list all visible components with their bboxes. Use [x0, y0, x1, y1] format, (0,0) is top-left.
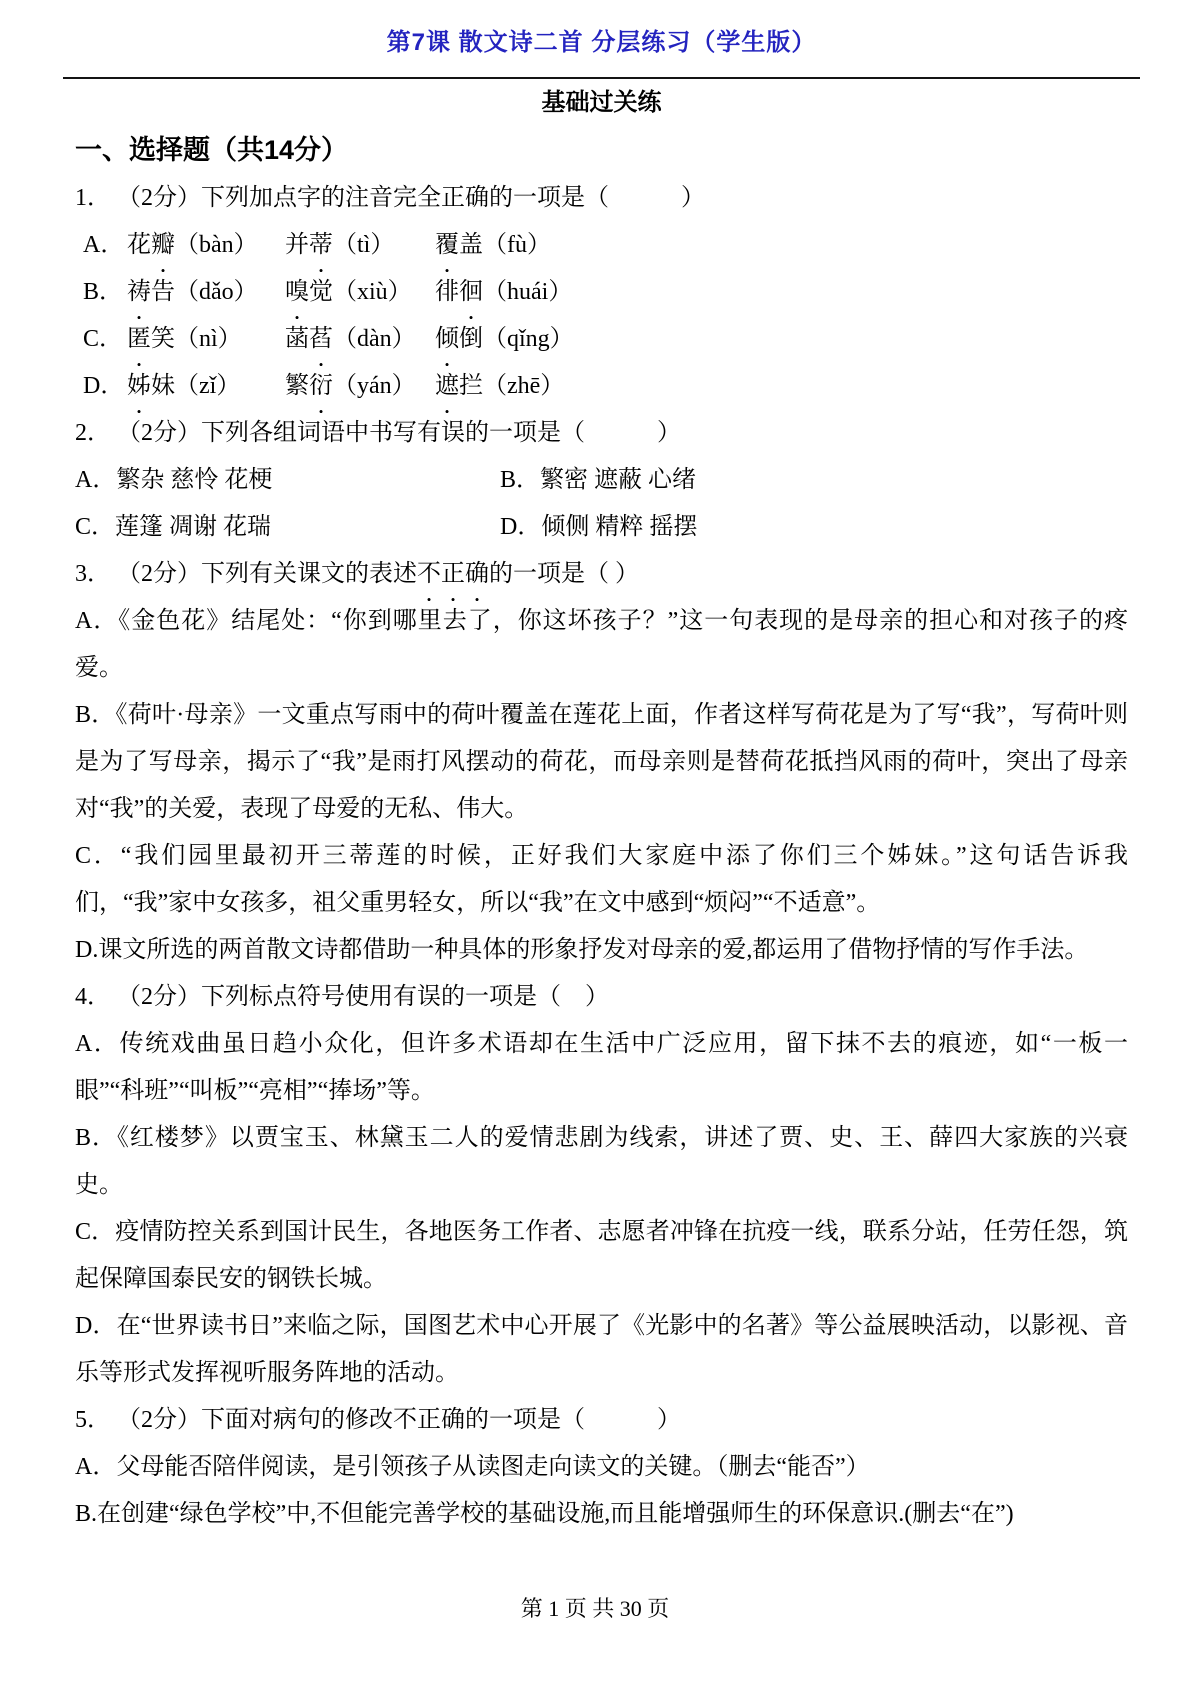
q5-option-b: B.在创建“绿色学校”中,不但能完善学校的基础设施,而且能增强师生的环保意识.(…: [75, 1491, 1128, 1538]
q3-option-a: A．《金色花》结尾处：“你到哪里去了，你这坏孩子？”这一句表现的是母亲的担心和对…: [75, 598, 1128, 692]
q2-option-a: A．繁杂 慈怜 花梗: [75, 457, 500, 504]
q2-row-1: A．繁杂 慈怜 花梗 B．繁密 遮蔽 心绪: [75, 457, 1128, 504]
option-letter: B．: [83, 269, 127, 316]
pinyin: （qǐng）: [483, 326, 574, 352]
q1-stem: 1． （2分）下列加点字的注音完全正确的一项是（ ）: [75, 175, 1128, 222]
q1-a-word2: 并蒂（tì）: [285, 222, 435, 269]
q1-a-word3: 覆盖（fù）: [435, 222, 551, 269]
q1-a-word1: 花瓣（bàn）: [127, 222, 285, 269]
pinyin: （tì）: [333, 232, 394, 258]
page-number: 第 1 页 共 30 页: [0, 1594, 1190, 1624]
q1-c-word3: 倾倒（qǐng）: [435, 316, 574, 363]
emphasized-text: 不正确: [417, 561, 489, 587]
document-page: 第7课 散文诗二首 分层练习（学生版） 基础过关练 一、选择题（共14分） 1．…: [0, 0, 1190, 1682]
q1-b-word3: 徘徊（huái）: [435, 269, 572, 316]
q1-option-a: A． 花瓣（bàn） 并蒂（tì） 覆盖（fù）: [75, 222, 1128, 269]
q2-option-c: C．莲篷 凋谢 花瑞: [75, 504, 500, 551]
q1-option-b: B． 祷告（dǎo） 嗅觉（xiù） 徘徊（huái）: [75, 269, 1128, 316]
title-divider: [63, 77, 1140, 79]
q1-c-word2: 菡萏（dàn）: [285, 316, 435, 363]
q2-option-d: D．倾侧 精粹 摇摆: [500, 504, 1128, 551]
q5-option-a: A．父母能否陪伴阅读，是引领孩子从读图走向读文的关键。（删去“能否”）: [75, 1444, 1128, 1491]
q3-option-d: D.课文所选的两首散文诗都借助一种具体的形象抒发对母亲的爱,都运用了借物抒情的写…: [75, 927, 1128, 974]
pinyin: （dǎo）: [175, 279, 258, 305]
q1-b-word2: 嗅觉（xiù）: [285, 269, 435, 316]
q1-option-d: D． 姊妹（zǐ） 繁衍（yán） 遮拦（zhē）: [75, 363, 1128, 410]
q1-option-c: C． 匿笑（nì） 菡萏（dàn） 倾倒（qǐng）: [75, 316, 1128, 363]
pinyin: （nì）: [175, 326, 242, 352]
pinyin: （yán）: [333, 373, 416, 399]
pinyin: （zǐ）: [175, 373, 240, 399]
q2-row-2: C．莲篷 凋谢 花瑞 D．倾侧 精粹 摇摆: [75, 504, 1128, 551]
section-heading: 基础过关练: [75, 85, 1128, 121]
q4-option-b: B．《红楼梦》以贾宝玉、林黛玉二人的爱情悲剧为线索，讲述了贾、史、王、薛四大家族…: [75, 1115, 1128, 1209]
option-letter: A．: [83, 222, 127, 269]
option-letter: C．: [83, 316, 127, 363]
q5-stem: 5． （2分）下面对病句的修改不正确的一项是（ ）: [75, 1397, 1128, 1444]
q4-option-c: C．疫情防控关系到国计民生，各地医务工作者、志愿者冲锋在抗疫一线，联系分站，任劳…: [75, 1209, 1128, 1303]
q2-option-b: B．繁密 遮蔽 心绪: [500, 457, 1128, 504]
pinyin: （huái）: [483, 279, 572, 305]
q4-stem: 4． （2分）下列标点符号使用有误的一项是（ ）: [75, 974, 1128, 1021]
q3-option-c: C．“我们园里最初开三蒂莲的时候，正好我们大家庭中添了你们三个姊妹。”这句话告诉…: [75, 833, 1128, 927]
q4-option-d: D．在“世界读书日”来临之际，国图艺术中心开展了《光影中的名著》等公益展映活动，…: [75, 1303, 1128, 1397]
option-letter: D．: [83, 363, 127, 410]
pinyin: （bàn）: [175, 232, 258, 258]
q2-stem: 2． （2分）下列各组词语中书写有误的一项是（ ）: [75, 410, 1128, 457]
pinyin: （zhē）: [483, 373, 564, 399]
q3-option-b: B．《荷叶·母亲》一文重点写雨中的荷叶覆盖在莲花上面，作者这样写荷花是为了写“我…: [75, 692, 1128, 833]
pinyin: （fù）: [483, 232, 551, 258]
q1-b-word1: 祷告（dǎo）: [127, 269, 285, 316]
q1-c-word1: 匿笑（nì）: [127, 316, 285, 363]
q1-d-word1: 姊妹（zǐ）: [127, 363, 285, 410]
q4-option-a: A．传统戏曲虽日趋小众化，但许多术语却在生活中广泛应用，留下抹不去的痕迹，如“一…: [75, 1021, 1128, 1115]
q3-stem: 3． （2分）下列有关课文的表述不正确的一项是（ ）: [75, 551, 1128, 598]
q1-d-word2: 繁衍（yán）: [285, 363, 435, 410]
q1-d-word3: 遮拦（zhē）: [435, 363, 564, 410]
document-title: 第7课 散文诗二首 分层练习（学生版）: [75, 26, 1128, 60]
pinyin: （dàn）: [333, 326, 416, 352]
pinyin: （xiù）: [333, 279, 412, 305]
part-heading: 一、选择题（共14分）: [75, 131, 1128, 169]
